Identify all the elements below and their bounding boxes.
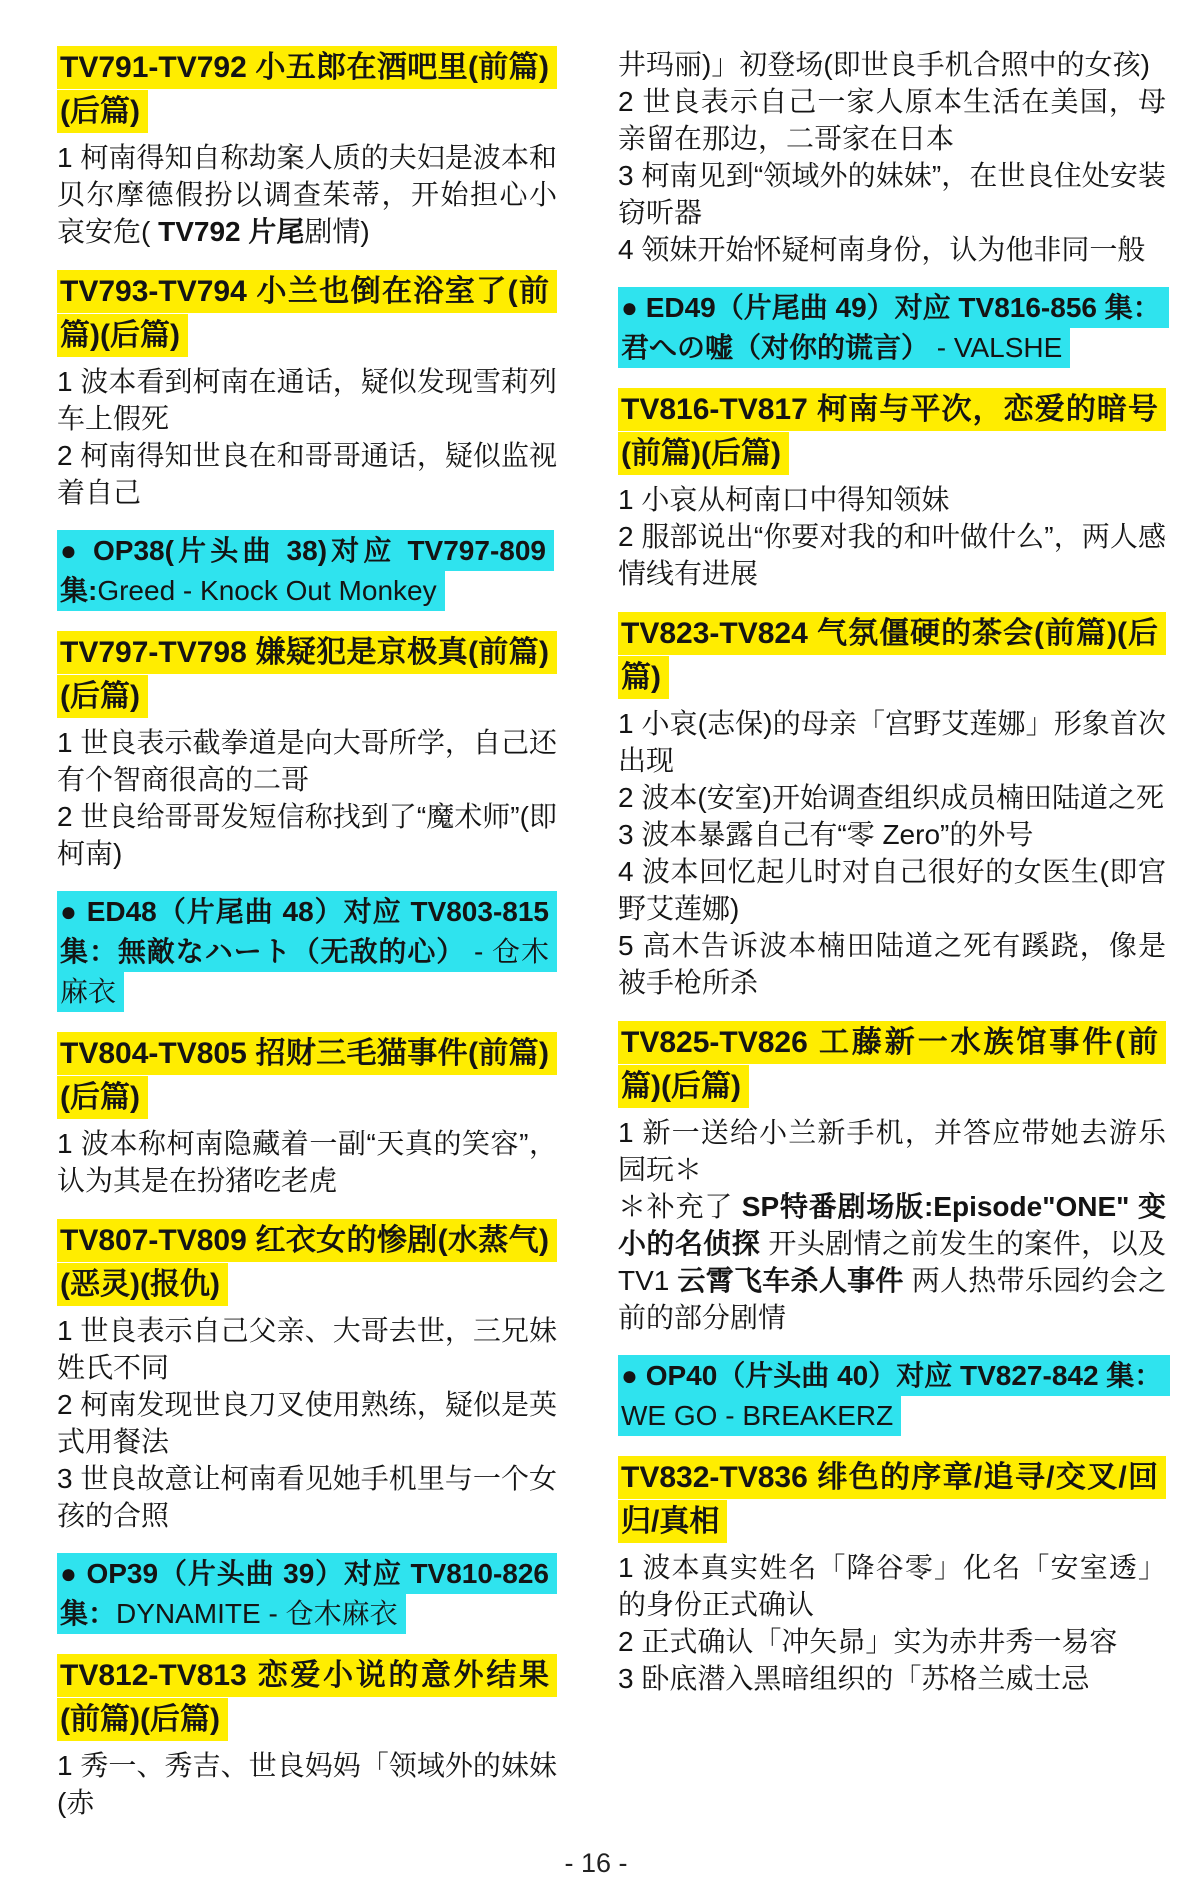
episode-section-tv797: TV797-TV798 嫌疑犯是京极真(前篇)(后篇) 1 世良表示截拳道是向大… bbox=[57, 631, 557, 872]
episode-item: 2 服部说出“你要对我的和叶做什么”，两人感情线有进展 bbox=[618, 518, 1166, 592]
song-note-op40: ● OP40（片头曲 40）对应 TV827-842 集：WE GO - BRE… bbox=[618, 1356, 1166, 1436]
item-text: 剧情) bbox=[304, 216, 369, 247]
episode-item: 2 柯南发现世良刀叉使用熟练，疑似是英式用餐法 bbox=[57, 1386, 557, 1460]
episode-section-tv804: TV804-TV805 招财三毛猫事件(前篇)(后篇) 1 波本称柯南隐藏着一副… bbox=[57, 1032, 557, 1199]
episode-section-tv823: TV823-TV824 气氛僵硬的茶会(前篇)(后篇) 1 小哀(志保)的母亲「… bbox=[618, 612, 1166, 1001]
episode-item: 井玛丽)」初登场(即世良手机合照中的女孩) bbox=[618, 46, 1166, 83]
song-artist: - VALSHE bbox=[929, 332, 1062, 363]
episode-title-highlight: TV793-TV794 小兰也倒在浴室了(前篇)(后篇) bbox=[57, 270, 557, 357]
episode-title: TV807-TV809 红衣女的惨剧(水蒸气)(恶灵)(报仇) bbox=[57, 1219, 557, 1307]
song-note-highlight: ● OP39（片头曲 39）对应 TV810-826 集：DYNAMITE - … bbox=[57, 1553, 557, 1634]
song-note-op38: ● OP38(片头曲 38)对应 TV797-809 集:Greed - Kno… bbox=[57, 531, 557, 611]
song-note-ed48: ● ED48（片尾曲 48）对应 TV803-815 集：無敵なハート（无敌的心… bbox=[57, 892, 557, 1012]
episode-item: 3 世良故意让柯南看见她手机里与一个女孩的合照 bbox=[57, 1460, 557, 1534]
episode-item: 1 柯南得知自称劫案人质的夫妇是波本和贝尔摩德假扮以调查茱蒂，开始担心小哀安危(… bbox=[57, 139, 557, 250]
song-label: ● ED49（片尾曲 49）对应 TV816-856 集：君への嘘（对你的谎言） bbox=[621, 292, 1161, 363]
episode-item: 1 波本看到柯南在通话，疑似发现雪莉列车上假死 bbox=[57, 363, 557, 437]
episode-section-tv791: TV791-TV792 小五郎在酒吧里(前篇)(后篇) 1 柯南得知自称劫案人质… bbox=[57, 46, 557, 250]
episode-title-highlight: TV823-TV824 气氛僵硬的茶会(前篇)(后篇) bbox=[618, 612, 1166, 699]
episode-title: TV823-TV824 气氛僵硬的茶会(前篇)(后篇) bbox=[618, 612, 1166, 700]
episode-title: TV825-TV826 工藤新一水族馆事件(前篇)(后篇) bbox=[618, 1021, 1166, 1109]
song-note-highlight: ● ED49（片尾曲 49）对应 TV816-856 集：君への嘘（对你的谎言）… bbox=[618, 287, 1169, 368]
episode-title-highlight: TV797-TV798 嫌疑犯是京极真(前篇)(后篇) bbox=[57, 631, 557, 718]
episode-item: 3 柯南见到“领域外的妹妹”，在世良住处安装窃听器 bbox=[618, 157, 1166, 231]
song-note: ● ED48（片尾曲 48）对应 TV803-815 集：無敵なハート（无敌的心… bbox=[57, 892, 557, 1012]
episode-item: 1 世良表示截拳道是向大哥所学，自己还有个智商很高的二哥 bbox=[57, 724, 557, 798]
episode-title-highlight: TV812-TV813 恋爱小说的意外结果(前篇)(后篇) bbox=[57, 1654, 557, 1741]
episode-title: TV804-TV805 招财三毛猫事件(前篇)(后篇) bbox=[57, 1032, 557, 1120]
episode-item: 2 柯南得知世良在和哥哥通话，疑似监视着自己 bbox=[57, 437, 557, 511]
episode-item: 1 波本称柯南隐藏着一副“天真的笑容”，认为其是在扮猪吃老虎 bbox=[57, 1125, 557, 1199]
song-artist: DYNAMITE - 仓木麻衣 bbox=[116, 1598, 398, 1629]
episode-item: 2 波本(安室)开始调查组织成员楠田陆道之死 bbox=[618, 779, 1166, 816]
song-artist: Greed - Knock Out Monkey bbox=[97, 575, 436, 606]
song-note: ● OP40（片头曲 40）对应 TV827-842 集：WE GO - BRE… bbox=[618, 1356, 1166, 1436]
item-text: ＊补充了 bbox=[618, 1191, 742, 1222]
episode-item-note: ＊补充了 SP特番剧场版:Episode"ONE" 变小的名侦探 开头剧情之前发… bbox=[618, 1188, 1166, 1336]
episode-title-highlight: TV825-TV826 工藤新一水族馆事件(前篇)(后篇) bbox=[618, 1021, 1166, 1108]
episode-section-tv812: TV812-TV813 恋爱小说的意外结果(前篇)(后篇) 1 秀一、秀吉、世良… bbox=[57, 1654, 557, 1821]
episode-item: 3 波本暴露自己有“零 Zero”的外号 bbox=[618, 816, 1166, 853]
episode-title: TV797-TV798 嫌疑犯是京极真(前篇)(后篇) bbox=[57, 631, 557, 719]
song-label: ● OP40（片头曲 40）对应 TV827-842 集： bbox=[621, 1360, 1162, 1391]
episode-title: TV793-TV794 小兰也倒在浴室了(前篇)(后篇) bbox=[57, 270, 557, 358]
episode-item: 4 波本回忆起儿时对自己很好的女医生(即宫野艾莲娜) bbox=[618, 853, 1166, 927]
episode-title-highlight: TV816-TV817 柯南与平次，恋爱的暗号(前篇)(后篇) bbox=[618, 388, 1166, 475]
episode-item: 1 波本真实姓名「降谷零」化名「安室透」的身份正式确认 bbox=[618, 1549, 1166, 1623]
song-note-highlight: ● ED48（片尾曲 48）对应 TV803-815 集：無敵なハート（无敌的心… bbox=[57, 891, 557, 1012]
left-column: TV791-TV792 小五郎在酒吧里(前篇)(后篇) 1 柯南得知自称劫案人质… bbox=[57, 46, 557, 1841]
page-number: - 16 - bbox=[0, 1848, 1192, 1879]
episode-item: 2 世良给哥哥发短信称找到了“魔术师”(即柯南) bbox=[57, 798, 557, 872]
episode-item: 1 世良表示自己父亲、大哥去世，三兄妹姓氏不同 bbox=[57, 1312, 557, 1386]
song-note: ● OP39（片头曲 39）对应 TV810-826 集：DYNAMITE - … bbox=[57, 1554, 557, 1634]
episode-item: 1 小哀(志保)的母亲「宫野艾莲娜」形象首次出现 bbox=[618, 705, 1166, 779]
song-note-ed49: ● ED49（片尾曲 49）对应 TV816-856 集：君への嘘（对你的谎言）… bbox=[618, 288, 1166, 368]
episode-item: 1 新一送给小兰新手机，并答应带她去游乐园玩＊ bbox=[618, 1114, 1166, 1188]
episode-title: TV832-TV836 绯色的序章/追寻/交叉/回归/真相 bbox=[618, 1456, 1166, 1544]
song-artist: WE GO - BREAKERZ bbox=[621, 1400, 893, 1431]
song-note: ● OP38(片头曲 38)对应 TV797-809 集:Greed - Kno… bbox=[57, 531, 557, 611]
item-text-bold: 云霄飞车杀人事件 bbox=[677, 1265, 903, 1296]
continuation-section: 井玛丽)」初登场(即世良手机合照中的女孩) 2 世良表示自己一家人原本生活在美国… bbox=[618, 46, 1166, 268]
episode-item: 4 领妹开始怀疑柯南身份，认为他非同一般 bbox=[618, 231, 1166, 268]
episode-title-highlight: TV791-TV792 小五郎在酒吧里(前篇)(后篇) bbox=[57, 46, 557, 133]
episode-section-tv832: TV832-TV836 绯色的序章/追寻/交叉/回归/真相 1 波本真实姓名「降… bbox=[618, 1456, 1166, 1697]
episode-title-highlight: TV807-TV809 红衣女的惨剧(水蒸气)(恶灵)(报仇) bbox=[57, 1219, 557, 1306]
song-note: ● ED49（片尾曲 49）对应 TV816-856 集：君への嘘（对你的谎言）… bbox=[618, 288, 1166, 368]
episode-item: 5 高木告诉波本楠田陆道之死有蹊跷，像是被手枪所杀 bbox=[618, 927, 1166, 1001]
song-note-highlight: ● OP38(片头曲 38)对应 TV797-809 集:Greed - Kno… bbox=[57, 530, 554, 611]
episode-title: TV812-TV813 恋爱小说的意外结果(前篇)(后篇) bbox=[57, 1654, 557, 1742]
episode-title: TV816-TV817 柯南与平次，恋爱的暗号(前篇)(后篇) bbox=[618, 388, 1166, 476]
episode-title-highlight: TV832-TV836 绯色的序章/追寻/交叉/回归/真相 bbox=[618, 1456, 1166, 1543]
item-text-bold: TV792 片尾 bbox=[158, 216, 304, 247]
song-note-op39: ● OP39（片头曲 39）对应 TV810-826 集：DYNAMITE - … bbox=[57, 1554, 557, 1634]
episode-section-tv825: TV825-TV826 工藤新一水族馆事件(前篇)(后篇) 1 新一送给小兰新手… bbox=[618, 1021, 1166, 1336]
episode-title-highlight: TV804-TV805 招财三毛猫事件(前篇)(后篇) bbox=[57, 1032, 557, 1119]
episode-section-tv793: TV793-TV794 小兰也倒在浴室了(前篇)(后篇) 1 波本看到柯南在通话… bbox=[57, 270, 557, 511]
episode-item: 1 小哀从柯南口中得知领妹 bbox=[618, 481, 1166, 518]
episode-section-tv807: TV807-TV809 红衣女的惨剧(水蒸气)(恶灵)(报仇) 1 世良表示自己… bbox=[57, 1219, 557, 1534]
right-column: 井玛丽)」初登场(即世良手机合照中的女孩) 2 世良表示自己一家人原本生活在美国… bbox=[618, 46, 1166, 1717]
episode-item: 2 世良表示自己一家人原本生活在美国，母亲留在那边，二哥家在日本 bbox=[618, 83, 1166, 157]
episode-item: 1 秀一、秀吉、世良妈妈「领域外的妹妹(赤 bbox=[57, 1747, 557, 1821]
episode-title: TV791-TV792 小五郎在酒吧里(前篇)(后篇) bbox=[57, 46, 557, 134]
episode-item: 3 卧底潜入黑暗组织的「苏格兰威士忌 bbox=[618, 1660, 1166, 1697]
episode-section-tv816: TV816-TV817 柯南与平次，恋爱的暗号(前篇)(后篇) 1 小哀从柯南口… bbox=[618, 388, 1166, 592]
song-note-highlight: ● OP40（片头曲 40）对应 TV827-842 集：WE GO - BRE… bbox=[618, 1355, 1170, 1436]
episode-item: 2 正式确认「冲矢昴」实为赤井秀一易容 bbox=[618, 1623, 1166, 1660]
